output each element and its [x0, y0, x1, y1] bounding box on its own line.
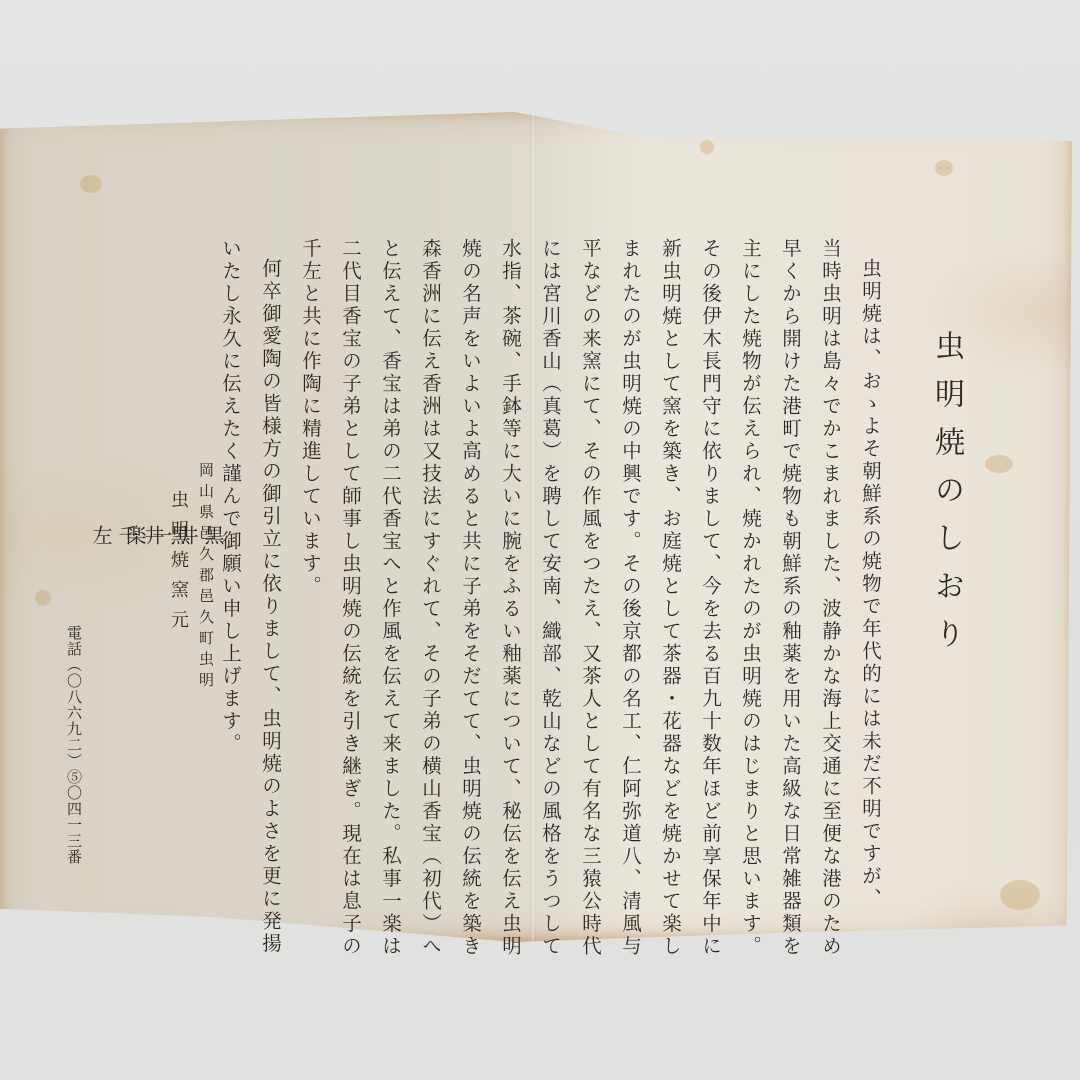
body-column: 二代目香宝の子弟として師事し虫明焼の伝統を引き継ぎ。現在は息子の — [330, 238, 370, 878]
body-column: 当時虫明は島々でかこまれました、波静かな海上交通に至便な港のため — [810, 238, 850, 878]
stain-spot — [700, 140, 714, 154]
body-column: には宮川香山（真葛）を聘して安南、織部、乾山などの風格をうつして — [530, 238, 570, 878]
body-column: 森香洲に伝え香洲は又技法にすぐれて、その子弟の横山香宝（初代）へ — [410, 238, 450, 878]
body-column: 平などの来窯にて、その作風をつたえ、又茶人として有名な三猿公時代 — [570, 238, 610, 878]
document-title: 虫明焼のしおり — [926, 330, 966, 666]
body-column: 虫明焼は、おゝよそ朝鮮系の焼物で年代的には未だ不明ですが、 — [850, 238, 890, 878]
stain-spot — [935, 160, 953, 176]
name-char: 黒 — [200, 525, 226, 615]
stain-spot — [80, 175, 102, 193]
name-char: 黒 — [166, 525, 192, 615]
body-column: 早くから開けた港町で焼物も朝鮮系の釉薬を用いた高級な日常雑器類を — [770, 238, 810, 878]
body-column: 主にした焼物が伝えられ、焼かれたのが虫明焼のはじまりと思います。 — [730, 238, 770, 878]
stain-spot — [1000, 880, 1040, 910]
body-column: と伝えて、香宝は弟の二代香宝へと作風を伝えて来ました。私事一楽は — [370, 238, 410, 878]
stain-spot — [985, 455, 1013, 473]
document-body: 虫明焼は、おゝよそ朝鮮系の焼物で年代的には未だ不明ですが、 当時虫明は島々でかこ… — [210, 238, 890, 878]
body-column: 新虫明焼として窯を築き、お庭焼として茶器・花器などを焼かせて楽し — [650, 238, 690, 878]
name-char: 井 — [140, 525, 166, 615]
body-column: 水指、茶碗、手鉢等に大いに腕をふるい釉薬について、秘伝を伝え虫明 — [490, 238, 530, 878]
signature-phone: 電話（〇八六九二）⑤〇四一三番 — [64, 625, 84, 865]
photo-stage: 虫明焼のしおり 虫明焼は、おゝよそ朝鮮系の焼物で年代的には未だ不明ですが、 当時… — [0, 0, 1080, 1080]
stain-spot — [35, 590, 51, 606]
name-char: 千 — [114, 525, 140, 615]
name-char: 左 — [88, 525, 114, 615]
body-column: 焼の名声をいよいよ高めると共に子弟をそだてて、虫明焼の伝統を築き — [450, 238, 490, 878]
body-column: 千左と共に作陶に精進しています。 — [290, 238, 330, 878]
body-column: まれたのが虫明焼の中興です。その後京都の名工、仁阿弥道八、清風与 — [610, 238, 650, 878]
body-column: その後伊木長門守に依りまして、今を去る百九十数年ほど前享保年中に — [690, 238, 730, 878]
signature-name-senza: 黒 井 千 左 — [88, 525, 192, 615]
body-column: 何卒御愛陶の皆様方の御引立に依りまして、虫明焼のよさを更に発揚 — [250, 238, 290, 878]
